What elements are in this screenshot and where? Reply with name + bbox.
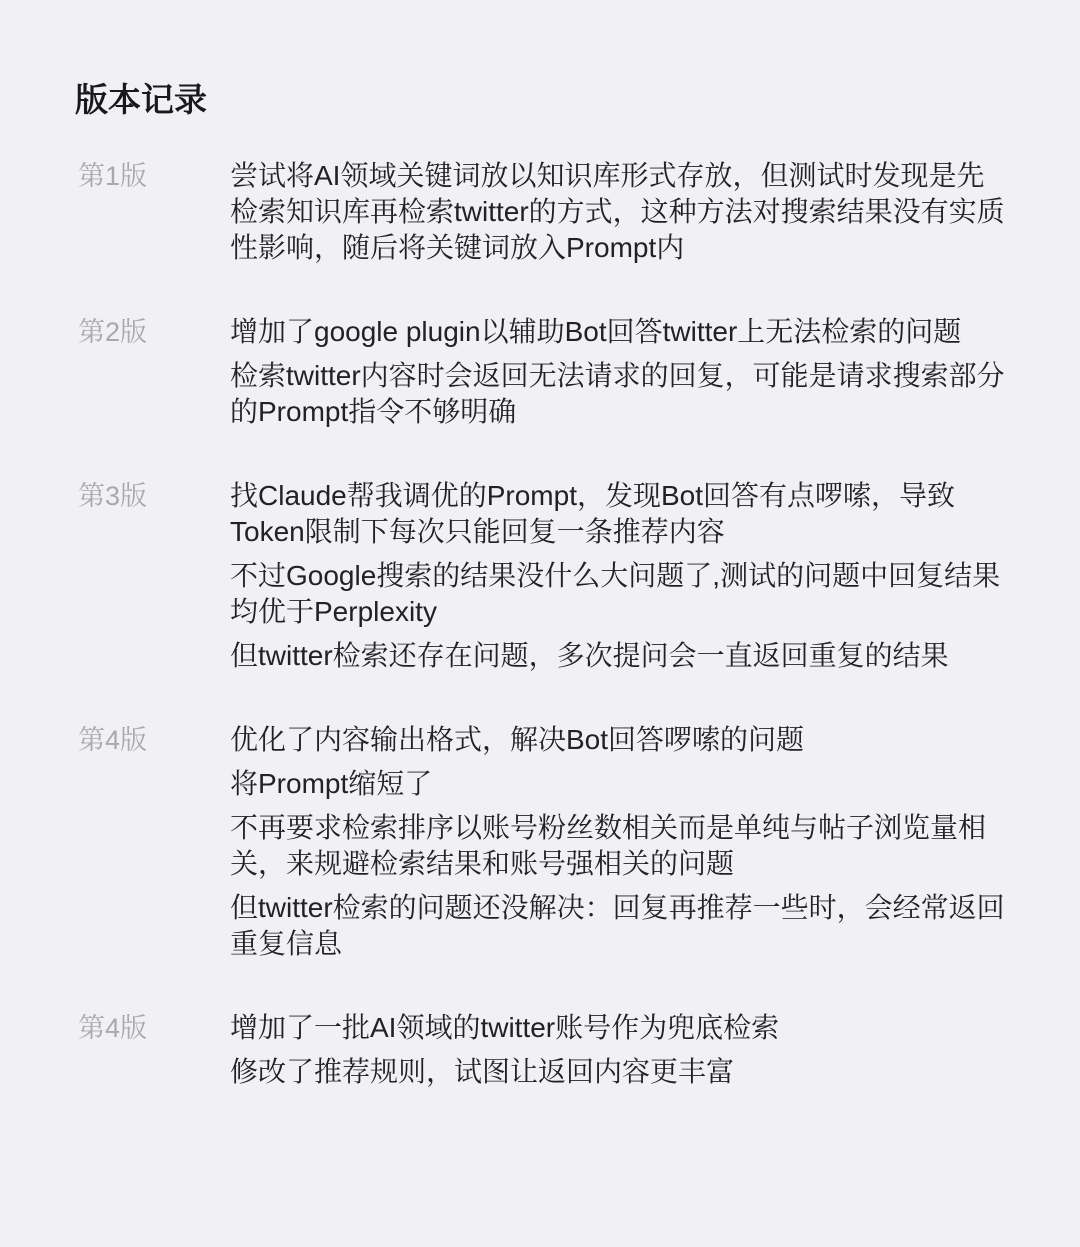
note-paragraph: 优化了内容输出格式，解决Bot回答啰嗦的问题 [230, 722, 1008, 758]
note-paragraph: 增加了一批AI领域的twitter账号作为兜底检索 [230, 1010, 1008, 1046]
note-paragraph: 不再要求检索排序以账号粉丝数相关而是单纯与帖子浏览量相关，来规避检索结果和账号强… [230, 810, 1008, 882]
version-label: 第4版 [75, 1010, 230, 1046]
note-paragraph: 不过Google搜索的结果没什么大问题了,测试的问题中回复结果均优于Perple… [230, 558, 1008, 630]
version-notes: 找Claude帮我调优的Prompt，发现Bot回答有点啰嗦，导致Token限制… [230, 478, 1008, 674]
version-label: 第1版 [75, 158, 230, 194]
version-label: 第2版 [75, 314, 230, 350]
version-notes: 增加了google plugin以辅助Bot回答twitter上无法检索的问题检… [230, 314, 1008, 430]
note-paragraph: 检索twitter内容时会返回无法请求的回复，可能是请求搜索部分的Prompt指… [230, 358, 1008, 430]
note-paragraph: 但twitter检索还存在问题，多次提问会一直返回重复的结果 [230, 638, 1008, 674]
note-paragraph: 修改了推荐规则，试图让返回内容更丰富 [230, 1054, 1008, 1090]
version-notes: 优化了内容输出格式，解决Bot回答啰嗦的问题将Prompt缩短了不再要求检索排序… [230, 722, 1008, 962]
version-label: 第3版 [75, 478, 230, 514]
version-entry: 第3版 找Claude帮我调优的Prompt，发现Bot回答有点啰嗦，导致Tok… [75, 478, 1008, 674]
note-paragraph: 增加了google plugin以辅助Bot回答twitter上无法检索的问题 [230, 314, 1008, 350]
version-entry: 第2版 增加了google plugin以辅助Bot回答twitter上无法检索… [75, 314, 1008, 430]
note-paragraph: 但twitter检索的问题还没解决：回复再推荐一些时，会经常返回重复信息 [230, 890, 1008, 962]
version-entry: 第4版 优化了内容输出格式，解决Bot回答啰嗦的问题将Prompt缩短了不再要求… [75, 722, 1008, 962]
version-notes: 尝试将AI领域关键词放以知识库形式存放，但测试时发现是先检索知识库再检索twit… [230, 158, 1008, 266]
version-label: 第4版 [75, 722, 230, 758]
version-history-list: 第1版 尝试将AI领域关键词放以知识库形式存放，但测试时发现是先检索知识库再检索… [75, 158, 1008, 1090]
note-paragraph: 找Claude帮我调优的Prompt，发现Bot回答有点啰嗦，导致Token限制… [230, 478, 1008, 550]
page-title: 版本记录 [75, 78, 1008, 122]
note-paragraph: 尝试将AI领域关键词放以知识库形式存放，但测试时发现是先检索知识库再检索twit… [230, 158, 1008, 266]
version-entry: 第4版 增加了一批AI领域的twitter账号作为兜底检索修改了推荐规则，试图让… [75, 1010, 1008, 1090]
note-paragraph: 将Prompt缩短了 [230, 766, 1008, 802]
version-notes: 增加了一批AI领域的twitter账号作为兜底检索修改了推荐规则，试图让返回内容… [230, 1010, 1008, 1090]
document-page: 版本记录 第1版 尝试将AI领域关键词放以知识库形式存放，但测试时发现是先检索知… [0, 0, 1080, 1247]
version-entry: 第1版 尝试将AI领域关键词放以知识库形式存放，但测试时发现是先检索知识库再检索… [75, 158, 1008, 266]
